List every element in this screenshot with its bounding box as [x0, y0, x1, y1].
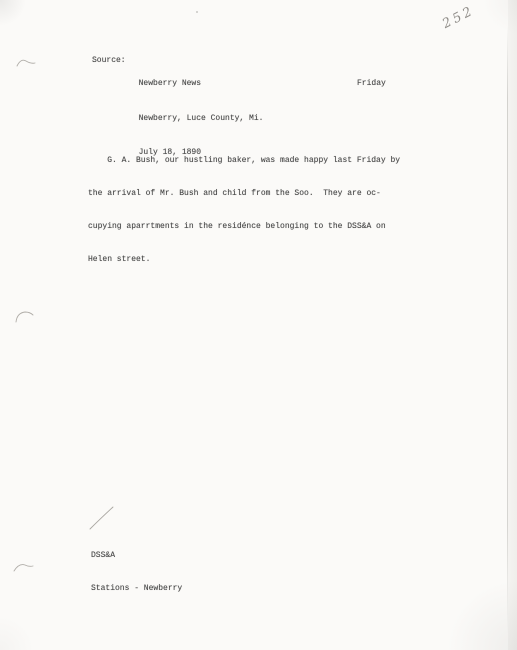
article-line: cupying aparrtments in the residénce bel…: [88, 221, 400, 232]
paper-right-edge-line: [507, 25, 508, 635]
pencil-squiggle-middle-left: [16, 312, 33, 322]
article-body: G. A. Bush, our hustling baker, was made…: [88, 133, 400, 287]
article-line: Helen street.: [88, 254, 400, 265]
archive-index: DSS&A Stations - Newberry: [91, 528, 182, 616]
scan-speck: [196, 11, 198, 13]
index-subject: DSS&A: [91, 550, 182, 561]
scanned-document-page: 252 Source: Newberry News Newberry, Luce…: [0, 0, 517, 650]
publication-weekday: Friday: [357, 78, 386, 89]
handwritten-page-number: 252: [440, 3, 477, 32]
paper-right-edge-shade: [508, 0, 517, 650]
pencil-squiggle-top-left: [17, 60, 35, 66]
pencil-check-slash: [90, 507, 113, 529]
index-category: Stations - Newberry: [91, 583, 182, 594]
source-label: Source:: [92, 55, 126, 67]
article-line: the arrival of Mr. Bush and child from t…: [88, 188, 400, 199]
publication-name: Newberry News: [139, 78, 264, 90]
article-line: G. A. Bush, our hustling baker, was made…: [88, 155, 400, 166]
publication-location: Newberry, Luce County, Mi.: [139, 113, 264, 125]
pencil-squiggle-bottom-left: [14, 565, 33, 571]
